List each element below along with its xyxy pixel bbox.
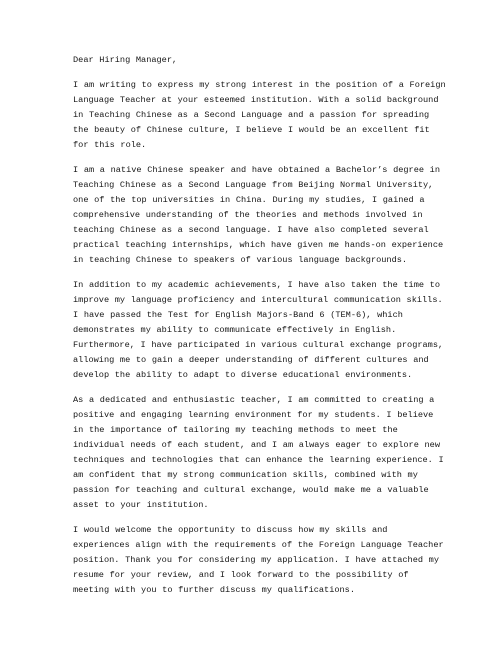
letter-paragraph-teaching-philosophy: As a dedicated and enthusiastic teacher,… bbox=[73, 393, 449, 513]
letter-body: Dear Hiring Manager, I am writing to exp… bbox=[73, 53, 449, 598]
letter-page: Dear Hiring Manager, I am writing to exp… bbox=[0, 0, 502, 649]
salutation: Dear Hiring Manager, bbox=[73, 53, 449, 68]
letter-paragraph-skills: In addition to my academic achievements,… bbox=[73, 278, 449, 383]
letter-paragraph-education: I am a native Chinese speaker and have o… bbox=[73, 163, 449, 268]
letter-paragraph-intro: I am writing to express my strong intere… bbox=[73, 78, 449, 153]
letter-paragraph-closing: I would welcome the opportunity to discu… bbox=[73, 523, 449, 598]
